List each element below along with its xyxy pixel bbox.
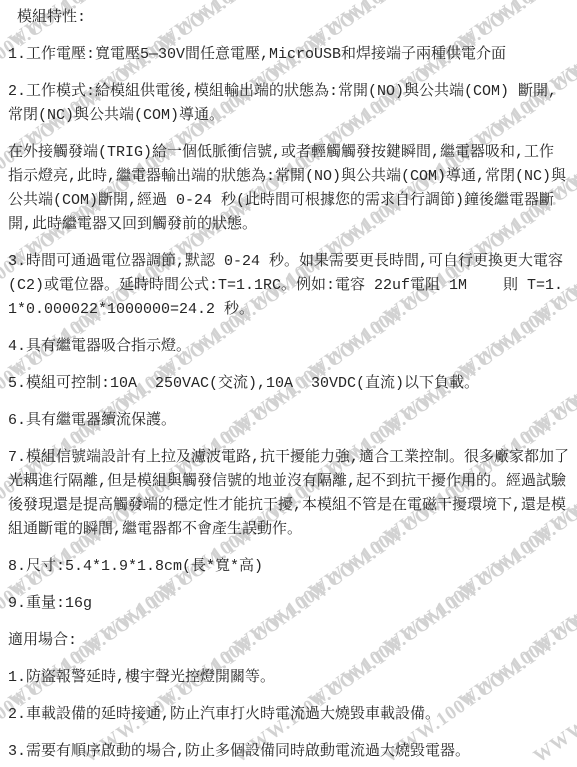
document-content: 模組特性: 1.工作電壓:寬電壓5—30V間任意電壓,MicroUSB和焊接端子… [0, 0, 577, 764]
feature-paragraph: 4.具有繼電器吸合指示燈。 [8, 335, 569, 359]
features-list: 1.工作電壓:寬電壓5—30V間任意電壓,MicroUSB和焊接端子兩種供電介面… [8, 43, 569, 616]
document-page: WWW.100Y.COM.TWWWW.100Y.COM.TWWWW.100Y.C… [0, 0, 577, 767]
applications-section-title: 適用場合: [8, 629, 569, 653]
feature-paragraph: 在外接觸發端(TRIG)給一個低脈衝信號,或者輕觸觸發按鍵瞬間,繼電器吸和,工作… [8, 141, 569, 237]
feature-paragraph: 3.時間可通過電位器調節,默認 0-24 秒。如果需要更長時間,可自行更換更大電… [8, 250, 569, 322]
application-paragraph: 2.車載設備的延時接通,防止汽車打火時電流過大燒毀車載設備。 [8, 703, 569, 727]
feature-paragraph: 8.尺寸:5.4*1.9*1.8cm(長*寬*高) [8, 555, 569, 579]
feature-paragraph: 1.工作電壓:寬電壓5—30V間任意電壓,MicroUSB和焊接端子兩種供電介面 [8, 43, 569, 67]
applications-list: 1.防盜報警延時,樓宇聲光控燈開關等。2.車載設備的延時接通,防止汽車打火時電流… [8, 666, 569, 764]
feature-paragraph: 9.重量:16g [8, 592, 569, 616]
application-paragraph: 1.防盜報警延時,樓宇聲光控燈開關等。 [8, 666, 569, 690]
feature-paragraph: 2.工作模式:給模組供電後,模組輸出端的狀態為:常開(NO)與公共端(COM) … [8, 80, 569, 128]
application-paragraph: 3.需要有順序啟動的場合,防止多個設備同時啟動電流過大燒毀電器。 [8, 740, 569, 764]
feature-paragraph: 7.模組信號端設計有上拉及濾波電路,抗干擾能力強,適合工業控制。很多廠家都加了光… [8, 446, 569, 542]
feature-paragraph: 5.模組可控制:10A 250VAC(交流),10A 30VDC(直流)以下負載… [8, 372, 569, 396]
feature-paragraph: 6.具有繼電器續流保護。 [8, 409, 569, 433]
features-section-title: 模組特性: [8, 6, 569, 30]
